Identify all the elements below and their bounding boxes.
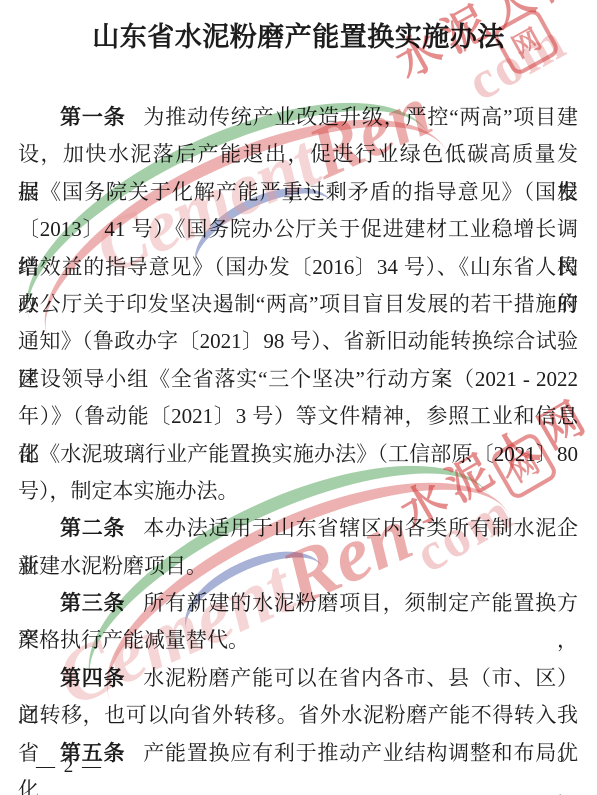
body-line: 据《国务院关于化解产能严重过剩矛盾的指导意见》（国发 (18, 174, 578, 211)
document-page: 山东省水泥粉磨产能置换实施办法 第一条为推动传统产业改造升级，严控“两高”项目建… (0, 0, 597, 795)
body-line: 设，加快水泥落后产能退出，促进行业绿色低碳高质量发展，根 (18, 136, 578, 173)
body-line-text: 办公厅关于印发坚决遏制“两高”项目盲目发展的若干措施的 (18, 292, 578, 316)
body-line-text: 据《国务院关于化解产能严重过剩矛盾的指导意见》（国发 (18, 180, 578, 204)
body-line: 部《水泥玻璃行业产能置换实施办法》（工信部原〔2021〕80 (18, 436, 578, 473)
body-line: 号），制定本实施办法。 (18, 473, 578, 510)
body-line: 通知》（鲁政办字〔2021〕98 号）、省新旧动能转换综合试验区 (18, 323, 578, 360)
body-line-text: 号），制定本实施办法。 (18, 479, 239, 503)
document-title: 山东省水泥粉磨产能置换实施办法 (0, 15, 597, 54)
article-number: 第二条 (60, 516, 125, 540)
body-line: 新建水泥粉磨项目。 (18, 548, 578, 585)
body-line: 年）》（鲁动能〔2021〕3 号）等文件精神，参照工业和信息化 (18, 398, 578, 435)
body-line: 建设领导小组《全省落实“三个坚决”行动方案（2021 - 2022 (18, 361, 578, 398)
body-line-text: 严格执行产能减量替代。 (18, 628, 249, 652)
article-number: 第三条 (60, 591, 125, 615)
body-line: 第二条本办法适用于山东省辖区内各类所有制水泥企业 (18, 510, 578, 547)
page-number: — 2 — (36, 756, 103, 778)
body-line: 第四条水泥粉磨产能可以在省内各市、县（市、区）之 (18, 660, 578, 697)
body-line-text: 为推动传统产业改造升级，严控“两高”项目建 (143, 105, 578, 129)
body-line: 第一条为推动传统产业改造升级，严控“两高”项目建 (18, 99, 578, 136)
document-body: 第一条为推动传统产业改造升级，严控“两高”项目建 设，加快水泥落后产能退出，促进… (18, 99, 578, 772)
article-number: 第一条 (60, 105, 126, 129)
article-number: 第四条 (60, 666, 125, 690)
body-line-text: 新建水泥粉磨项目。 (18, 554, 207, 578)
body-line: 间转移，也可以向省外转移。省外水泥粉磨产能不得转入我省。 (18, 697, 578, 734)
body-line-text: 建设领导小组《全省落实“三个坚决”行动方案（2021 - 2022 (18, 367, 578, 391)
body-line: 〔2013〕41 号）《国务院办公厅关于促进建材工业稳增长调结构 (18, 211, 578, 248)
body-line: 办公厅关于印发坚决遏制“两高”项目盲目发展的若干措施的 (18, 286, 578, 323)
body-line: 第三条所有新建的水泥粉磨项目，须制定产能置换方案， (18, 585, 578, 622)
body-line: 增效益的指导意见》（国办发〔2016〕34 号）、《山东省人民政府 (18, 249, 578, 286)
body-line-text: 部《水泥玻璃行业产能置换实施办法》（工信部原〔2021〕80 (18, 442, 578, 466)
